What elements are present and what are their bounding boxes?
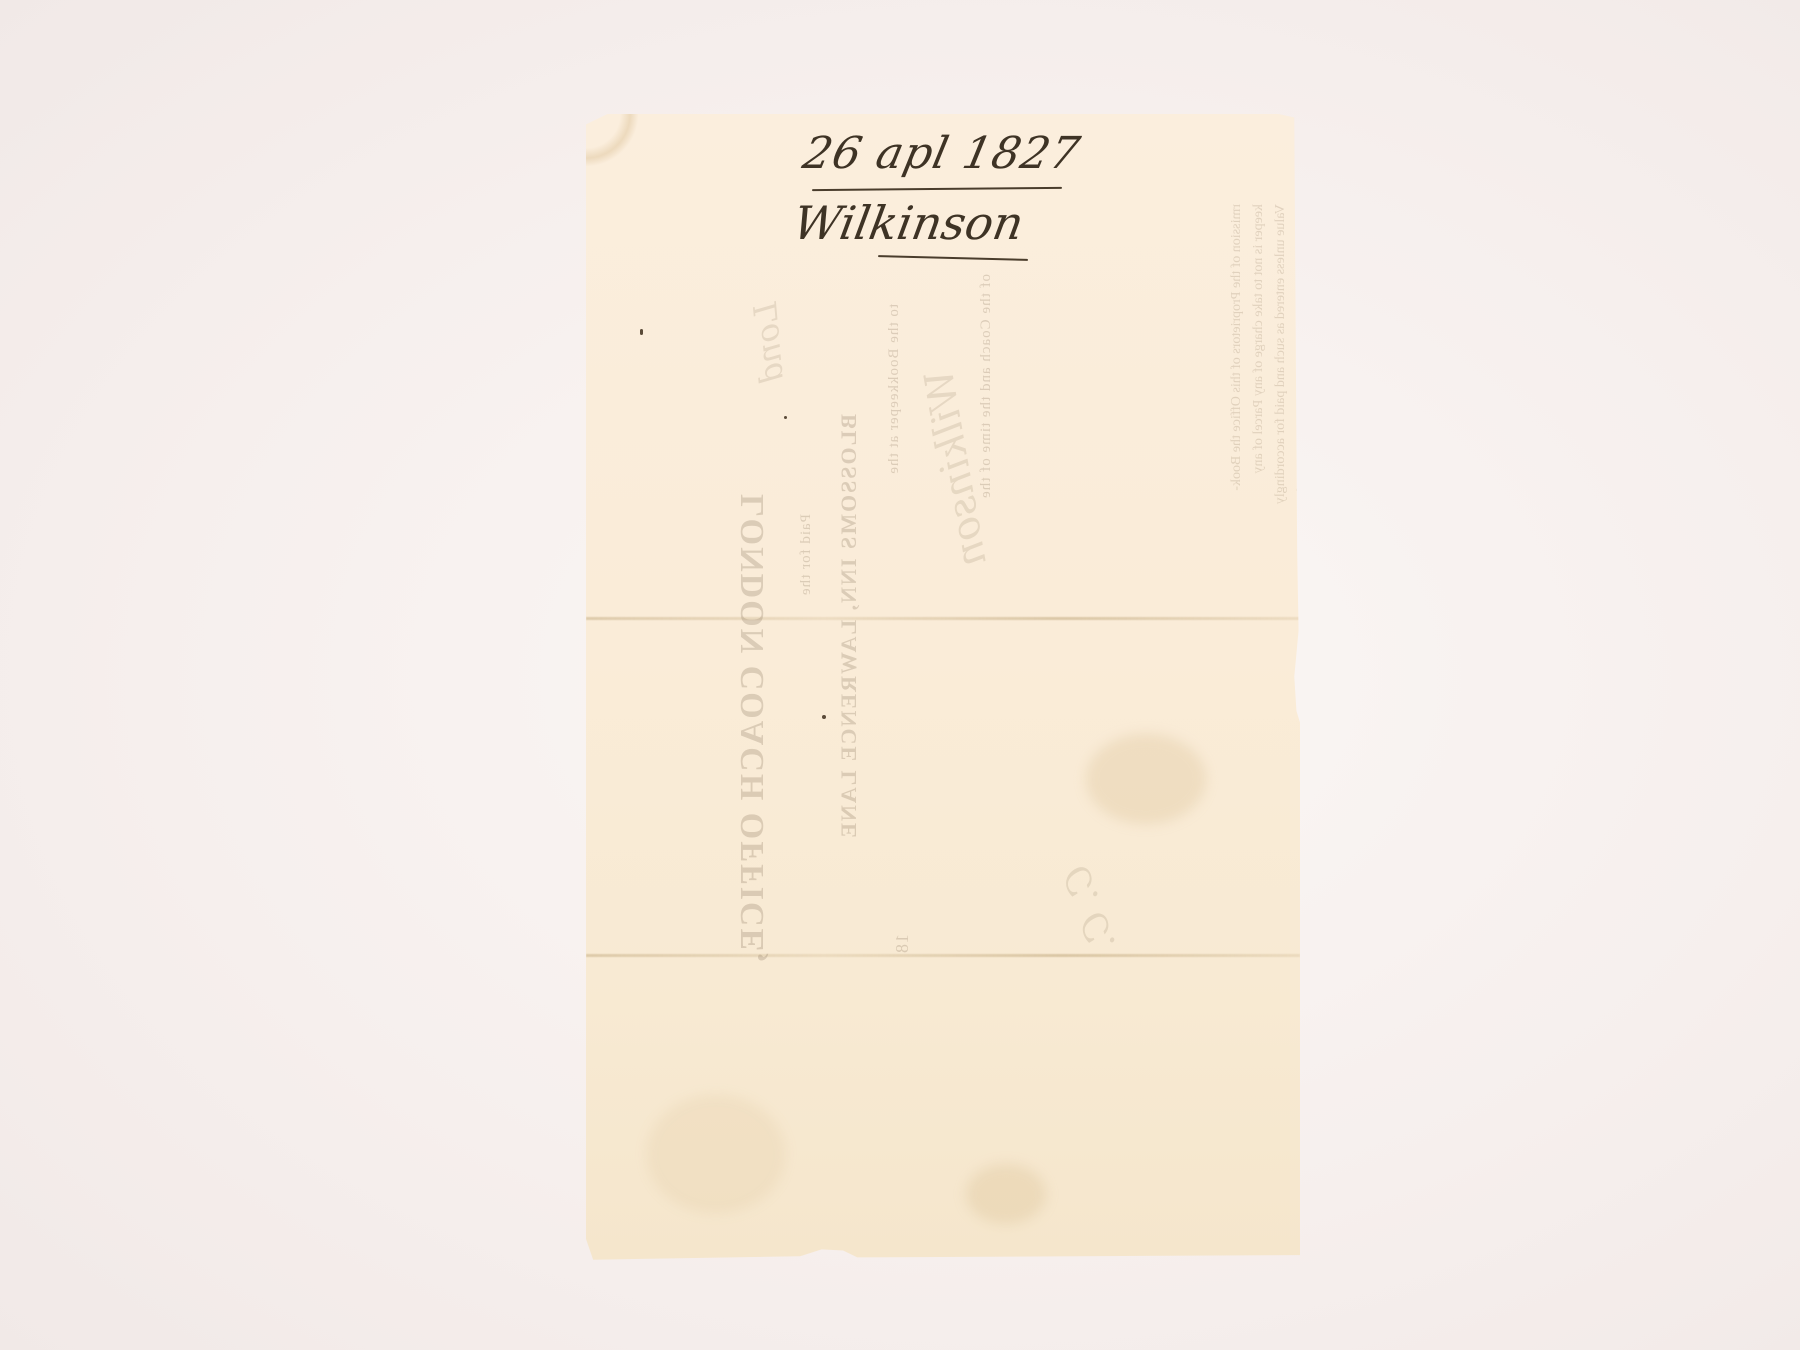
ink-speck [784, 416, 787, 419]
showthrough-line: to the Bookkeeper at the [886, 304, 903, 475]
handwritten-date: 26 apl 1827 [799, 128, 1085, 179]
ink-speck [822, 715, 826, 719]
showthrough-line: Paid for the [798, 514, 815, 596]
showthrough-paragraph: ​rmission of the Proprietors of this Off… [1226, 204, 1300, 504]
handwritten-underline [878, 255, 1028, 261]
water-stain [1086, 734, 1206, 824]
showthrough-handwriting: C. C. [1056, 860, 1124, 956]
water-stain [646, 1094, 786, 1214]
document-sheet: LONDON COACH OFFICE, BLOSSOMS INN, LAWRE… [586, 114, 1300, 1262]
fold-line-lower [586, 954, 1300, 957]
corner-stain [586, 114, 646, 174]
showthrough-subtitle: BLOSSOMS INN, LAWRENCE LANE [836, 414, 862, 840]
showthrough-line: of the Coach and the time of the [978, 274, 995, 499]
water-stain [966, 1164, 1046, 1224]
handwritten-name: Wilkinson [789, 196, 1028, 250]
ink-speck [640, 329, 643, 335]
showthrough-handwriting: Lond [746, 301, 791, 386]
handwritten-underline [812, 187, 1062, 191]
fold-line-middle [586, 617, 1300, 620]
showthrough-title: LONDON COACH OFFICE, [734, 494, 772, 964]
showthrough-number: 18 [892, 934, 913, 954]
